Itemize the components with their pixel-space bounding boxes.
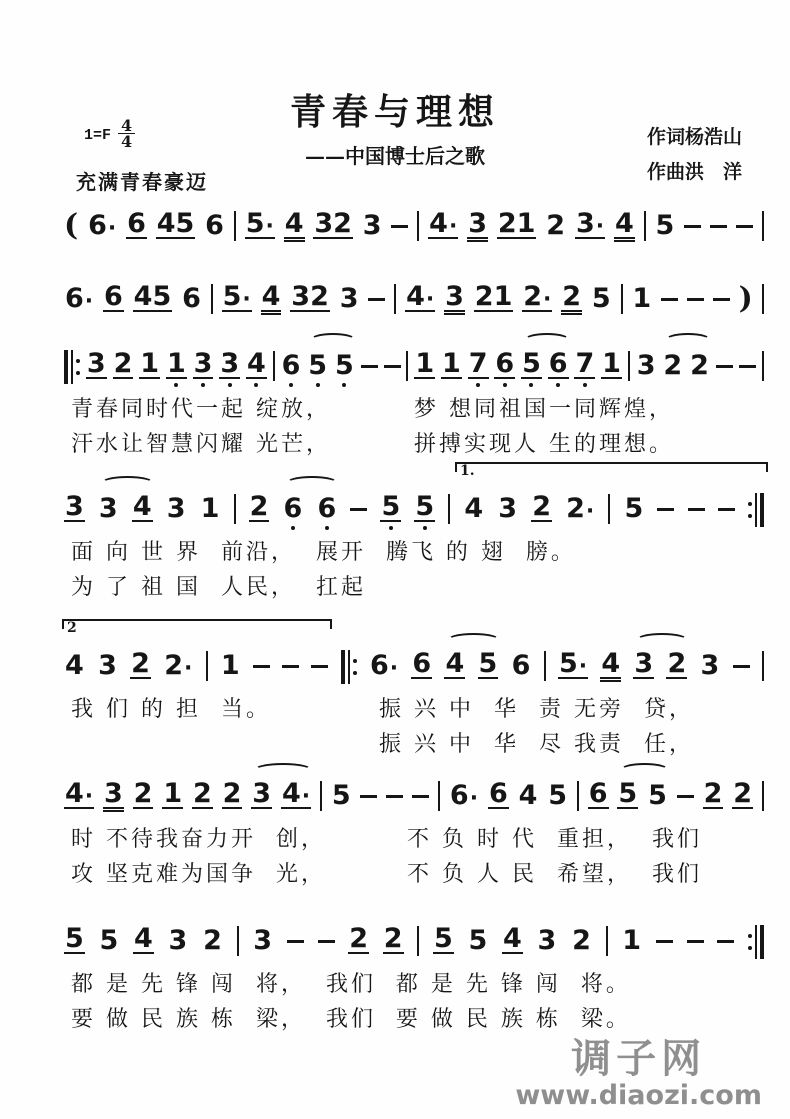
note-figure: 6· (449, 783, 479, 809)
barline (762, 211, 764, 241)
note-figure: 3 (97, 653, 118, 679)
note-number: 6 (65, 286, 84, 312)
barline (417, 211, 419, 241)
note-figure: 6 (126, 211, 147, 239)
note-figure: 6· (87, 213, 117, 239)
note: 5 (647, 783, 668, 817)
barline (577, 781, 579, 811)
note-figure: 4 (261, 284, 282, 312)
octave-dot (174, 383, 178, 387)
note-figure: 6 (588, 781, 609, 809)
note: 4 (132, 494, 153, 530)
dash-line (718, 508, 735, 511)
repeat-barline (348, 650, 350, 684)
lyrics-line: 攻 坚克难为国争 光， (71, 857, 326, 888)
watermark-site-url: www.diaozi.com (515, 1081, 762, 1111)
note-number: 3 (634, 651, 653, 677)
note-figure: 2 (561, 284, 582, 312)
note-figure: 4 (463, 496, 484, 522)
note-figure: 1 (601, 351, 622, 379)
octave-dot (228, 383, 232, 387)
octave-dot (342, 383, 346, 387)
dash-note (684, 225, 701, 247)
note-figure: 21 (497, 211, 537, 239)
dash-note (736, 225, 753, 247)
note-number: 3 (701, 653, 720, 679)
dash-note (710, 225, 727, 247)
note-figure: 6 (316, 496, 337, 522)
barline (234, 211, 236, 241)
note-figure: 1 (414, 351, 435, 379)
lyrics-line: 不 负 时 代 重担， 我们 (407, 822, 702, 853)
note-number: 4 (65, 781, 84, 807)
note-figure: 1 (220, 653, 241, 679)
note: 2 (703, 781, 724, 817)
lyrics-line: 不 负 人 民 希望， 我们 (407, 857, 702, 888)
barline (211, 284, 213, 314)
note-number: 5 (332, 783, 351, 809)
lyrics-row: 要 做 民 族 栋 梁， 我们 要 做 民 族 栋 梁。 (64, 1002, 764, 1032)
notation-row: 4322·16·64565·4323 (64, 645, 764, 687)
note: 2 (662, 353, 683, 387)
note-figure: 4· (405, 284, 435, 312)
note-number: 2 (203, 928, 222, 954)
note-number: 1 (602, 351, 621, 377)
note: 2 (732, 781, 753, 817)
barline (448, 494, 450, 524)
note: 2· (163, 653, 193, 687)
note: 4 (133, 926, 154, 962)
note: 3 (251, 781, 272, 817)
dash-note (718, 508, 735, 530)
note-number: 7 (575, 351, 594, 377)
note-figure: 2 (222, 781, 243, 809)
note: 5· (222, 284, 252, 320)
note-figure: 2· (565, 496, 595, 522)
note: 4 (502, 926, 523, 962)
note-number: 4 (519, 783, 538, 809)
octave-dot (476, 383, 480, 387)
note-number: 5 (246, 211, 265, 237)
barline (644, 211, 646, 241)
dash-note (661, 298, 678, 320)
note-figure: 6 (103, 284, 124, 312)
note: 4 (614, 211, 635, 247)
note-figure: 45 (133, 284, 173, 312)
barline (237, 926, 239, 956)
slur (636, 633, 688, 647)
note-figure: 6 (511, 653, 532, 679)
note-number: 5 (469, 928, 488, 954)
dash-note (384, 365, 401, 387)
composer-credit: 作曲洪 洋 (647, 155, 742, 190)
note: 1 (631, 286, 652, 320)
note-number: 5 (559, 651, 578, 677)
augmentation-dot: · (426, 295, 434, 305)
repeat-open-sign (64, 350, 80, 384)
lyrics-line: 面 向 世 界 前沿， 展开 腾飞 的 翅 膀。 (71, 535, 576, 566)
note-number: 2 (667, 651, 686, 677)
note-figure: 6 (494, 351, 515, 379)
note-figure: 5 (99, 928, 120, 954)
dash-line (386, 795, 403, 798)
note: 2 (192, 781, 213, 817)
note-figure: 5 (468, 928, 489, 954)
slur (254, 763, 312, 777)
dash-note (350, 508, 367, 530)
dash-note (717, 940, 734, 962)
slur (101, 476, 154, 490)
barline (417, 926, 419, 956)
note-figure: 7 (468, 351, 489, 379)
octave-dot (583, 383, 587, 387)
barline (406, 351, 408, 381)
note-figure: 3 (193, 351, 214, 379)
note-figure: 4 (614, 211, 635, 239)
note-number: 3 (104, 781, 123, 807)
dash-line (733, 665, 750, 668)
dash-note (687, 940, 704, 962)
note-figure: 2 (571, 928, 592, 954)
dash-note (656, 940, 673, 962)
note-figure: 2· (522, 284, 552, 312)
augmentation-dot: · (302, 792, 310, 802)
note-number: 3 (445, 284, 464, 310)
lyrics-row: 为 了 祖 国 人民， 扛起 (64, 570, 764, 600)
note: 5 (331, 783, 352, 817)
sheet-music-page: 青春与理想 1=F 4 4 ——中国博士后之歌 作词杨浩山 作曲洪 洋 充满青春… (0, 0, 790, 1119)
note-number: 7 (469, 351, 488, 377)
note: 4 (518, 783, 539, 817)
note-figure: 3 (98, 496, 119, 522)
note: 6 (316, 496, 337, 530)
note: 5· (245, 211, 275, 247)
lyrics-row: 面 向 世 界 前沿， 展开 腾飞 的 翅 膀。 (64, 535, 764, 565)
note: 45 (156, 211, 196, 247)
note-number: 6 (127, 211, 146, 237)
note-number: 2 (733, 781, 752, 807)
note-figure: 6 (204, 213, 225, 239)
note: 3 (636, 353, 657, 387)
note-figure: 3 (168, 928, 189, 954)
close-paren: ) (739, 284, 753, 314)
note-number: 4 (615, 211, 634, 237)
dash-note (687, 298, 704, 320)
note-figure: 2 (531, 494, 552, 522)
note-figure: 5 (478, 651, 499, 679)
note-number: 1 (167, 351, 186, 377)
barline (762, 351, 764, 381)
note-figure: 5 (521, 351, 542, 379)
dash-line (350, 508, 367, 511)
dash-note (391, 225, 408, 247)
note: 3 (633, 651, 654, 687)
augmentation-dot: · (470, 794, 478, 804)
note-figure: 5 (654, 213, 675, 239)
dash-note (688, 508, 705, 530)
note: 5 (414, 494, 435, 530)
note: 6 (126, 211, 147, 247)
repeat-barline (64, 350, 68, 384)
dash-line (253, 665, 270, 668)
note-number: 4 (134, 926, 153, 952)
note-figure: 5 (334, 353, 355, 379)
note: 3 (86, 351, 107, 387)
note-figure: 2 (348, 926, 369, 954)
augmentation-dot: · (108, 224, 116, 234)
repeat-dots (353, 659, 357, 675)
note: 6 (488, 781, 509, 817)
lyrics-row: 攻 坚克难为国争 光，不 负 人 民 希望， 我们 (64, 857, 764, 887)
repeat-open-sign (341, 650, 357, 684)
dash-line (688, 508, 705, 511)
note-number: 45 (157, 211, 195, 237)
note: 2· (522, 284, 552, 320)
note-figure: 4· (281, 781, 311, 809)
music-system: 55432322554321都 是 先 锋 闯 将， 我们 都 是 先 锋 闯 … (64, 906, 764, 1032)
music-system: 321133465511765671322青春同时代一起 绽放，梦 想同祖国一同… (64, 331, 764, 457)
note: 5 (478, 651, 499, 687)
note: 1 (220, 653, 241, 687)
note-number: 6 (284, 496, 303, 522)
note-number: 2 (562, 284, 581, 310)
note-number: 3 (87, 351, 106, 377)
volta-bracket: 1. (455, 462, 768, 476)
repeat-barline (71, 350, 73, 384)
note-number: 6 (88, 213, 107, 239)
note-number: 1 (221, 653, 240, 679)
note: 3 (497, 496, 518, 530)
note-figure: 2 (113, 351, 134, 379)
repeat-dots (748, 934, 752, 950)
note-figure: 3 (444, 284, 465, 312)
note-figure: 3 (219, 351, 240, 379)
note-number: 4 (262, 284, 281, 310)
note-figure: 2 (545, 213, 566, 239)
lyrics-row: 时 不待我奋力开 创，不 负 时 代 重担， 我们 (64, 822, 764, 852)
note-figure: 2 (689, 353, 710, 379)
note-figure: 45 (156, 211, 196, 239)
note: 3 (537, 928, 558, 962)
note: 2 (571, 928, 592, 962)
note: 2 (561, 284, 582, 320)
note-figure: 5 (547, 783, 568, 809)
note-number: 6 (589, 781, 608, 807)
note-figure: 1 (631, 286, 652, 312)
note-figure: 3 (497, 496, 518, 522)
note: 3 (252, 928, 273, 962)
note-number: 1 (140, 351, 159, 377)
note-figure: 2· (163, 653, 193, 679)
note-number: 2 (164, 653, 183, 679)
note-number: 5 (548, 783, 567, 809)
note-number: 5 (648, 783, 667, 809)
note-number: 4 (406, 284, 425, 310)
dash-line (710, 225, 727, 228)
note-number: 6 (412, 651, 431, 677)
note: 2 (531, 494, 552, 530)
note-number: 6 (489, 781, 508, 807)
augmentation-dot: · (449, 222, 457, 232)
note: 3· (575, 211, 605, 247)
note-number: 3 (363, 213, 382, 239)
octave-dot (291, 526, 295, 530)
note: 4· (428, 211, 458, 247)
lyrics-row: 青春同时代一起 绽放，梦 想同祖国一同辉煌， (64, 392, 764, 422)
note-number: 4 (285, 211, 304, 237)
credits-block: 作词杨浩山 作曲洪 洋 (647, 120, 742, 190)
note: 2 (249, 494, 270, 530)
note-number: 5 (65, 926, 84, 952)
note: 5 (433, 926, 454, 962)
note-figure: 4 (444, 651, 465, 679)
note-number: 4 (445, 651, 464, 677)
dash-note (733, 665, 750, 687)
note: 4· (405, 284, 435, 320)
note-number: 4 (247, 351, 266, 377)
repeat-barline (755, 493, 757, 527)
note-figure: 5 (414, 494, 435, 522)
augmentation-dot: · (85, 792, 93, 802)
dash-note (311, 665, 328, 687)
lyrics-row: 汗水让智慧闪耀 光芒，拼搏实现人 生的理想。 (64, 427, 764, 457)
note: 4 (261, 284, 282, 320)
note-number: 32 (291, 284, 329, 310)
note-figure: 4 (600, 651, 621, 679)
note: 5 (99, 928, 120, 962)
note-number: 5 (415, 494, 434, 520)
note-figure: 5 (380, 494, 401, 522)
barline (206, 651, 208, 681)
dash-note (360, 795, 377, 817)
note: 3 (362, 213, 383, 247)
note: 32 (313, 211, 353, 247)
note-figure: 3 (251, 781, 272, 809)
note: 4· (64, 781, 94, 817)
note-number: 4 (65, 653, 84, 679)
note-number: 5 (592, 286, 611, 312)
octave-dot (389, 526, 393, 530)
note: 2 (202, 928, 223, 962)
note-number: 2 (690, 353, 709, 379)
note-number: 32 (314, 211, 352, 237)
barline (394, 284, 396, 314)
note-figure: 1 (200, 496, 221, 522)
note-figure: 5· (245, 211, 275, 239)
note-number: 2 (546, 213, 565, 239)
note-number: 3 (99, 496, 118, 522)
note-figure: 3 (86, 351, 107, 379)
note-number: 2 (532, 494, 551, 520)
lyrics-line: 拼搏实现人 生的理想。 (414, 427, 674, 458)
repeat-barline (341, 650, 345, 684)
note-figure: 1 (139, 351, 160, 379)
note-figure: 4 (284, 211, 305, 239)
note: 2 (133, 781, 154, 817)
slur (447, 633, 500, 647)
dash-line (717, 940, 734, 943)
dash-line (282, 665, 299, 668)
note-number: 5 (100, 928, 119, 954)
volta-label: 2 (67, 621, 77, 635)
note: 6· (64, 286, 94, 320)
barline (273, 351, 275, 381)
note-figure: 5 (64, 926, 85, 954)
note-figure: 4 (502, 926, 523, 954)
note: 1 (621, 928, 642, 962)
barline (544, 651, 546, 681)
slur (310, 333, 356, 347)
watermark-site-name: 调子网 (515, 1037, 762, 1081)
note-number: 2 (114, 351, 133, 377)
note-figure: 3 (537, 928, 558, 954)
note: 7 (574, 351, 595, 387)
note-figure: 5 (647, 783, 668, 809)
note: 3 (700, 653, 721, 687)
note: 5 (654, 213, 675, 247)
note-figure: 3 (636, 353, 657, 379)
dash-line (368, 298, 385, 301)
note: 3 (193, 351, 214, 387)
note-number: 3 (252, 781, 271, 807)
note-figure: 2 (249, 494, 270, 522)
note-number: 6 (182, 286, 201, 312)
note: 6 (204, 213, 225, 247)
barline (762, 284, 764, 314)
repeat-barline (760, 925, 764, 959)
note-number: 3 (253, 928, 272, 954)
music-system: 6·64565·43234·3212·251) (64, 264, 764, 320)
note-figure: 3 (339, 286, 360, 312)
note: 3 (64, 494, 85, 530)
note-figure: 3 (166, 496, 187, 522)
note-figure: 32 (290, 284, 330, 312)
note-number: 3 (98, 653, 117, 679)
note-figure: 6 (181, 286, 202, 312)
note: 5 (547, 783, 568, 817)
note-number: 5 (522, 351, 541, 377)
note: 5 (64, 926, 85, 962)
note-number: 6 (104, 284, 123, 310)
note: 5 (307, 353, 328, 387)
dash-line (391, 225, 408, 228)
note: 2 (545, 213, 566, 247)
dash-note (657, 508, 674, 530)
note-figure: 3 (633, 651, 654, 679)
barline (234, 494, 236, 524)
music-system: 4·3212234·56·64565522时 不待我奋力开 创，不 负 时 代 … (64, 761, 764, 887)
note-number: 3 (340, 286, 359, 312)
note-number: 1 (163, 781, 182, 807)
dash-line (677, 795, 694, 798)
note-figure: 3 (362, 213, 383, 239)
note-number: 6 (495, 351, 514, 377)
note-number: 3 (220, 351, 239, 377)
note: 3 (467, 211, 488, 247)
note: 6· (87, 213, 117, 247)
note: 3 (97, 653, 118, 687)
note: 3 (166, 496, 187, 530)
note-number: 5 (381, 494, 400, 520)
note: 3 (444, 284, 465, 320)
note: 3 (219, 351, 240, 387)
note-figure: 6· (64, 286, 94, 312)
note: 5 (380, 494, 401, 530)
note-figure: 1 (621, 928, 642, 954)
note-number: 1 (632, 286, 651, 312)
note: 1 (162, 781, 183, 817)
note: 2 (348, 926, 369, 962)
